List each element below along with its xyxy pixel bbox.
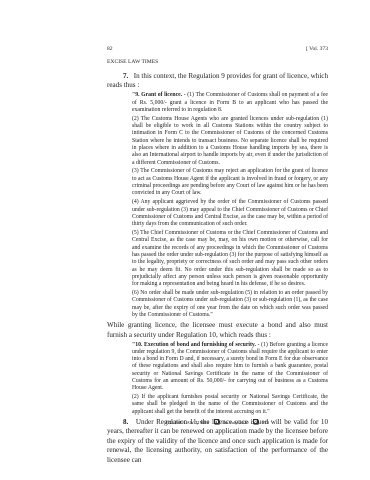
page-content: 82 [ Vol. 373 EXCISE LAW TIMES 7. In thi… (107, 46, 328, 465)
sub-regulation-6: (6) No order shall be made under sub-reg… (132, 290, 328, 319)
bridge-paragraph: While granting licence, the licensee mus… (107, 321, 328, 340)
paragraph-8: 8. Under Regulation 11, the licence once… (107, 418, 328, 465)
paragraph-text: In this context, the Regulation 9 provid… (107, 72, 328, 89)
regulation-10-quote: "10. Execution of bond and furnishing of… (132, 342, 328, 417)
sub-regulation-2: (2) The Customs House Agents who are gra… (132, 116, 328, 167)
sub-regulation-3: (3) The Commissioner of Customs may reje… (132, 168, 328, 197)
regulation-heading: "10. Execution of bond and furnishing of… (132, 342, 256, 348)
sub-regulation-2: (2) If the applicant furnishes postal se… (132, 394, 328, 416)
sub-regulation-1: - (1) Before granting a licence under re… (132, 342, 328, 392)
page-footer: EXCISE LAW TIMES 1st July 2020 373 (107, 419, 328, 425)
box-bullet-icon (253, 419, 258, 424)
volume-label: [ Vol. 373 (306, 46, 328, 52)
regulation-heading: "9. Grant of licence. (132, 92, 182, 98)
paragraph-number: 7. (123, 72, 128, 80)
journal-title: EXCISE LAW TIMES (107, 59, 158, 65)
running-head: 82 [ Vol. 373 EXCISE LAW TIMES (107, 46, 328, 68)
box-bullet-icon (214, 419, 219, 424)
page-number: 82 (107, 46, 113, 52)
sub-regulation-5: (5) The Chief Commissioner of Customs or… (132, 230, 328, 288)
footer-date: 1st July 2020 (223, 420, 249, 425)
footer-journal: EXCISE LAW TIMES (166, 420, 210, 425)
sub-regulation-4: (4) Any applicant aggrieved by the order… (132, 199, 328, 228)
footer-volume: 373 (262, 420, 269, 425)
paragraph-7: 7. In this context, the Regulation 9 pro… (107, 72, 328, 91)
regulation-9-quote: "9. Grant of licence. - (1) The Commissi… (132, 92, 328, 319)
